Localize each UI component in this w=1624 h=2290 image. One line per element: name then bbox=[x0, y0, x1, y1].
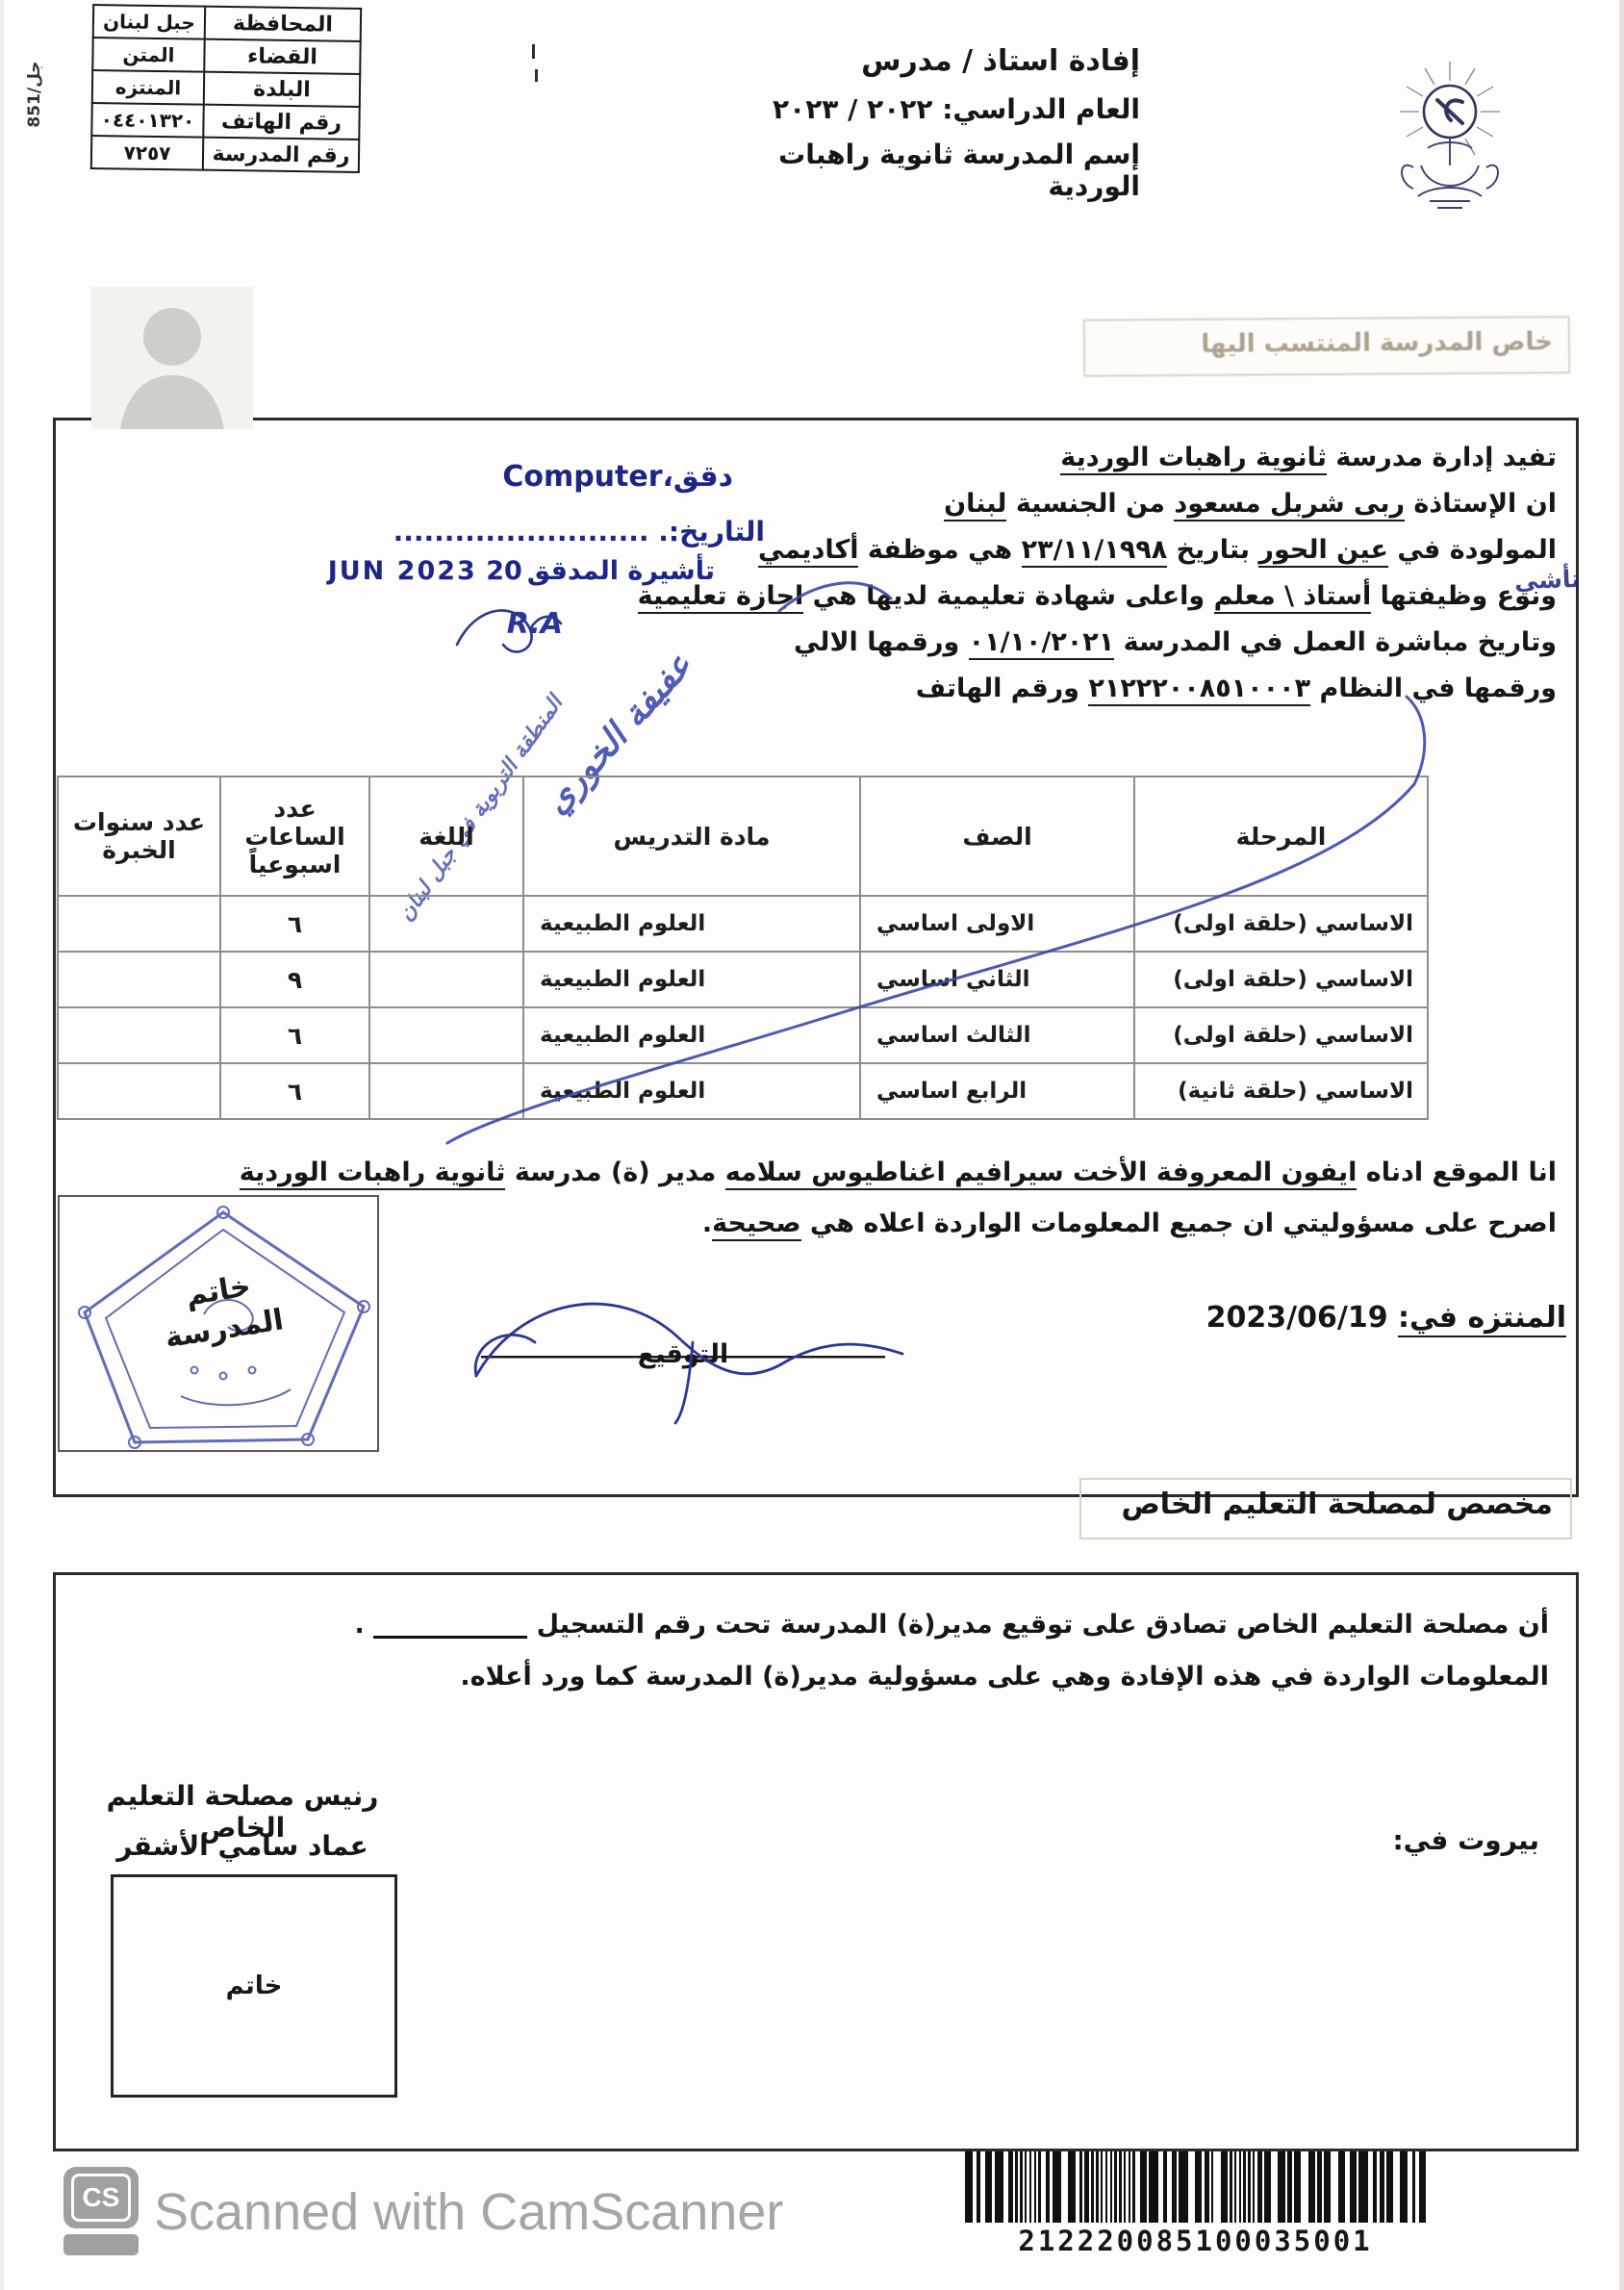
table-row: البلدة المنتزه bbox=[92, 70, 360, 107]
body-text: المولودة في bbox=[1388, 535, 1557, 565]
nationality-underlined: لبنان bbox=[944, 489, 1006, 522]
column-header: الصف bbox=[860, 776, 1134, 896]
school-name-underlined: ثانوية راهبات الوردية bbox=[1060, 443, 1327, 475]
signature-label: التوقيع bbox=[638, 1339, 729, 1369]
hours-cell: ٩ bbox=[220, 952, 369, 1007]
declaration-line: اصرح على مسؤوليتي ان جميع المعلومات الوا… bbox=[354, 1198, 1557, 1249]
teaching-table: المرحلة الصف مادة التدريس اللغة عدد السا… bbox=[57, 776, 1429, 1120]
body-text: بتاريخ bbox=[1167, 535, 1258, 565]
logo-arc-text: SŒURS DU ROSAIRE - MOUNTAZAH bbox=[1320, 4, 1329, 8]
correct-underlined: صحيحة bbox=[712, 1209, 800, 1241]
congregation-logo: SŒURS DU ROSAIRE - MOUNTAZAH bbox=[1320, 4, 1576, 214]
info-value: جبل لبنان bbox=[93, 5, 205, 39]
system-number-underlined: ٢١٢٢٢٠٠٨٥١٠٠٠٣ bbox=[1088, 674, 1310, 706]
registration-blank bbox=[373, 1636, 527, 1639]
decl-text: انا الموقع ادناه bbox=[1357, 1158, 1557, 1187]
table-row: الاساسي (حلقة اولى) الثالث اساسي العلوم … bbox=[58, 1007, 1428, 1063]
emblem-glyph-icon bbox=[1437, 100, 1462, 123]
info-value: المنتزه bbox=[92, 70, 204, 105]
info-label: رقم المدرسة bbox=[203, 138, 359, 172]
subject-cell: العلوم الطبيعية bbox=[523, 1063, 860, 1119]
declaration-paragraph: انا الموقع ادناه ايفون المعروفة الأخت سي… bbox=[354, 1147, 1557, 1249]
table-header-row: المرحلة الصف مادة التدريس اللغة عدد السا… bbox=[58, 776, 1428, 896]
experience-cell bbox=[58, 1063, 220, 1119]
body-line: ونوع وظيفتها أستاذ \ معلم واعلى شهادة تع… bbox=[354, 573, 1557, 620]
signature-line: التوقيع bbox=[481, 1339, 885, 1374]
ink-mark bbox=[535, 69, 538, 82]
language-cell bbox=[369, 1063, 523, 1119]
hours-cell: ٦ bbox=[220, 1063, 369, 1119]
info-value: ٠٤٤٠١٣٢٠ bbox=[91, 103, 203, 138]
body-text: من الجنسية bbox=[1006, 489, 1174, 519]
body-line: ورقمها في النظام ٢١٢٢٢٠٠٨٥١٠٠٠٣ ورقم اله… bbox=[354, 666, 1557, 712]
declaration-line: انا الموقع ادناه ايفون المعروفة الأخت سي… bbox=[354, 1147, 1557, 1198]
stage-cell: الاساسي (حلقة اولى) bbox=[1134, 952, 1428, 1007]
camscanner-icon-base bbox=[63, 2234, 139, 2255]
experience-cell bbox=[58, 896, 220, 952]
info-value: ٧٢٥٧ bbox=[91, 136, 203, 170]
body-text: ورقمها في النظام bbox=[1310, 674, 1557, 703]
certification-text: أن مصلحة التعليم الخاص تصادق على توقيع م… bbox=[537, 1610, 1549, 1640]
job-type-underlined: أستاذ \ معلم bbox=[1214, 581, 1372, 614]
class-cell: الثاني اساسي bbox=[860, 952, 1134, 1007]
info-label: المحافظة bbox=[205, 7, 361, 41]
subject-cell: العلوم الطبيعية bbox=[523, 1007, 860, 1063]
photo-silhouette bbox=[91, 287, 253, 429]
body-text: هي موظفة bbox=[858, 535, 1021, 565]
stage-cell: الاساسي (حلقة اولى) bbox=[1134, 896, 1428, 952]
teacher-name-underlined: ربى شربل مسعود bbox=[1174, 489, 1405, 522]
document-title: إفادة استاذ / مدرس bbox=[678, 44, 1140, 78]
language-cell bbox=[369, 896, 523, 952]
table-row: المحافظة جبل لبنان bbox=[93, 5, 361, 41]
responsibility-line: المعلومات الواردة في هذه الإفادة وهي على… bbox=[460, 1651, 1549, 1702]
camscanner-watermark: Scanned with CamScanner bbox=[154, 2182, 783, 2242]
column-header: المرحلة bbox=[1134, 776, 1428, 896]
scan-edge-left bbox=[0, 0, 4, 2290]
section2-heading: مخصص لمصلحة التعليم الخاص bbox=[1079, 1478, 1572, 1539]
stage-cell: الاساسي (حلقة ثانية) bbox=[1134, 1063, 1428, 1119]
body-text: ورقمها الالي bbox=[794, 627, 969, 657]
role-underlined: أكاديمي bbox=[758, 535, 859, 568]
language-cell bbox=[369, 952, 523, 1007]
hours-cell: ٦ bbox=[220, 1007, 369, 1063]
body-text: تفيد إدارة مدرسة bbox=[1327, 443, 1557, 472]
class-cell: الثالث اساسي bbox=[860, 1007, 1134, 1063]
table-row: الاساسي (حلقة ثانية) الرابع اساسي العلوم… bbox=[58, 1063, 1428, 1119]
column-header: عدد سنوات الخبرة bbox=[58, 776, 220, 896]
table-row: الاساسي (حلقة اولى) الاولى اساسي العلوم … bbox=[58, 896, 1428, 952]
body-line: ان الإستاذة ربى شربل مسعود من الجنسية لب… bbox=[354, 481, 1557, 527]
svg-text:SŒURS DU ROSAIRE - MOUNTAZAH: SŒURS DU ROSAIRE - MOUNTAZAH bbox=[1320, 4, 1329, 8]
subject-cell: العلوم الطبيعية bbox=[523, 952, 860, 1007]
beirut-date-label: بيروت في: bbox=[1392, 1824, 1539, 1856]
decl-text: . bbox=[702, 1209, 712, 1238]
body-text: ونوع وظيفتها bbox=[1371, 581, 1557, 611]
stage-cell: الاساسي (حلقة اولى) bbox=[1134, 1007, 1428, 1063]
document-page: جل/851 المحافظة جبل لبنان القضاء المتن ا… bbox=[0, 0, 1624, 2290]
birthplace-underlined: عين الحور bbox=[1258, 535, 1388, 568]
decl-text: مدير (ة) مدرسة bbox=[505, 1158, 724, 1187]
info-value: المتن bbox=[92, 38, 204, 72]
camscanner-icon: CS bbox=[63, 2167, 139, 2228]
issue-date: 2023/06/19 bbox=[1206, 1301, 1388, 1335]
body-line: المولودة في عين الحور بتاريخ ٢٣/١١/١٩٩٨ … bbox=[354, 527, 1557, 573]
emblem-base-icon bbox=[1402, 138, 1498, 208]
start-date-underlined: ٠١/١٠/٢٠٢١ bbox=[969, 627, 1115, 660]
certification-line: أن مصلحة التعليم الخاص تصادق على توقيع م… bbox=[355, 1599, 1549, 1650]
language-cell bbox=[369, 1007, 523, 1063]
table-row: القضاء المتن bbox=[92, 38, 360, 74]
school-year-line: العام الدراسي: ٢٠٢٢ / ٢٠٢٣ bbox=[678, 93, 1140, 125]
camscanner-icon-label: CS bbox=[71, 2174, 131, 2222]
hours-cell: ٦ bbox=[220, 896, 369, 952]
class-cell: الرابع اساسي bbox=[860, 1063, 1134, 1119]
table-row: رقم الهاتف ٠٤٤٠١٣٢٠ bbox=[91, 103, 359, 140]
body-text: وتاريخ مباشرة العمل في المدرسة bbox=[1114, 627, 1557, 657]
side-code: جل/851 bbox=[25, 37, 44, 152]
private-school-note: خاص المدرسة المنتسب اليها bbox=[1083, 316, 1570, 377]
ink-mark bbox=[532, 44, 535, 59]
subject-cell: العلوم الطبيعية bbox=[523, 896, 860, 952]
column-header: اللغة bbox=[369, 776, 523, 896]
place-date-line: المنتزه في: 2023/06/19 bbox=[1206, 1301, 1566, 1335]
table-row: الاساسي (حلقة اولى) الثاني اساسي العلوم … bbox=[58, 952, 1428, 1007]
official-stamp-box: خاتم bbox=[111, 1874, 397, 2098]
body-text: ورقم الهاتف bbox=[916, 674, 1089, 703]
document-header: إفادة استاذ / مدرس العام الدراسي: ٢٠٢٢ /… bbox=[678, 44, 1140, 202]
place-label-underlined: المنتزه في: bbox=[1398, 1301, 1566, 1337]
body-paragraph: تفيد إدارة مدرسة ثانوية راهبات الوردية ا… bbox=[354, 435, 1557, 712]
body-line: وتاريخ مباشرة العمل في المدرسة ٠١/١٠/٢٠٢… bbox=[354, 620, 1557, 666]
barcode-number: 212220085100035001 bbox=[885, 2225, 1506, 2257]
school-name-line: إسم المدرسة ثانوية راهبات الوردية bbox=[678, 139, 1140, 202]
info-label: القضاء bbox=[204, 39, 360, 74]
birthdate-underlined: ٢٣/١١/١٩٩٨ bbox=[1022, 535, 1168, 568]
table-row: رقم المدرسة ٧٢٥٧ bbox=[91, 136, 359, 172]
body-text: ان الإستاذة bbox=[1405, 489, 1557, 519]
barcode-bars bbox=[885, 2151, 1506, 2223]
experience-cell bbox=[58, 952, 220, 1007]
certification-period: . bbox=[355, 1610, 365, 1640]
experience-cell bbox=[58, 1007, 220, 1063]
body-text: واعلى شهادة تعليمية لديها هي bbox=[803, 581, 1213, 611]
degree-underlined: اجازة تعليمية bbox=[638, 581, 804, 614]
director-name-underlined: ايفون المعروفة الأخت سيرافيم اغناطيوس سل… bbox=[725, 1158, 1358, 1190]
scan-edge-right bbox=[1619, 0, 1624, 2290]
body-line: تفيد إدارة مدرسة ثانوية راهبات الوردية bbox=[354, 435, 1557, 481]
school-name-underlined: ثانوية راهبات الوردية bbox=[240, 1158, 506, 1190]
info-label: البلدة bbox=[204, 72, 360, 107]
chief-name: عماد سامي الأشقر bbox=[60, 1830, 425, 1862]
column-header: مادة التدريس bbox=[523, 776, 860, 896]
decl-text: اصرح على مسؤوليتي ان جميع المعلومات الوا… bbox=[801, 1209, 1557, 1238]
info-label: رقم الهاتف bbox=[203, 105, 359, 140]
school-info-table: المحافظة جبل لبنان القضاء المتن البلدة ا… bbox=[90, 4, 362, 173]
class-cell: الاولى اساسي bbox=[860, 896, 1134, 952]
column-header: عدد الساعات اسبوعياً bbox=[220, 776, 369, 896]
